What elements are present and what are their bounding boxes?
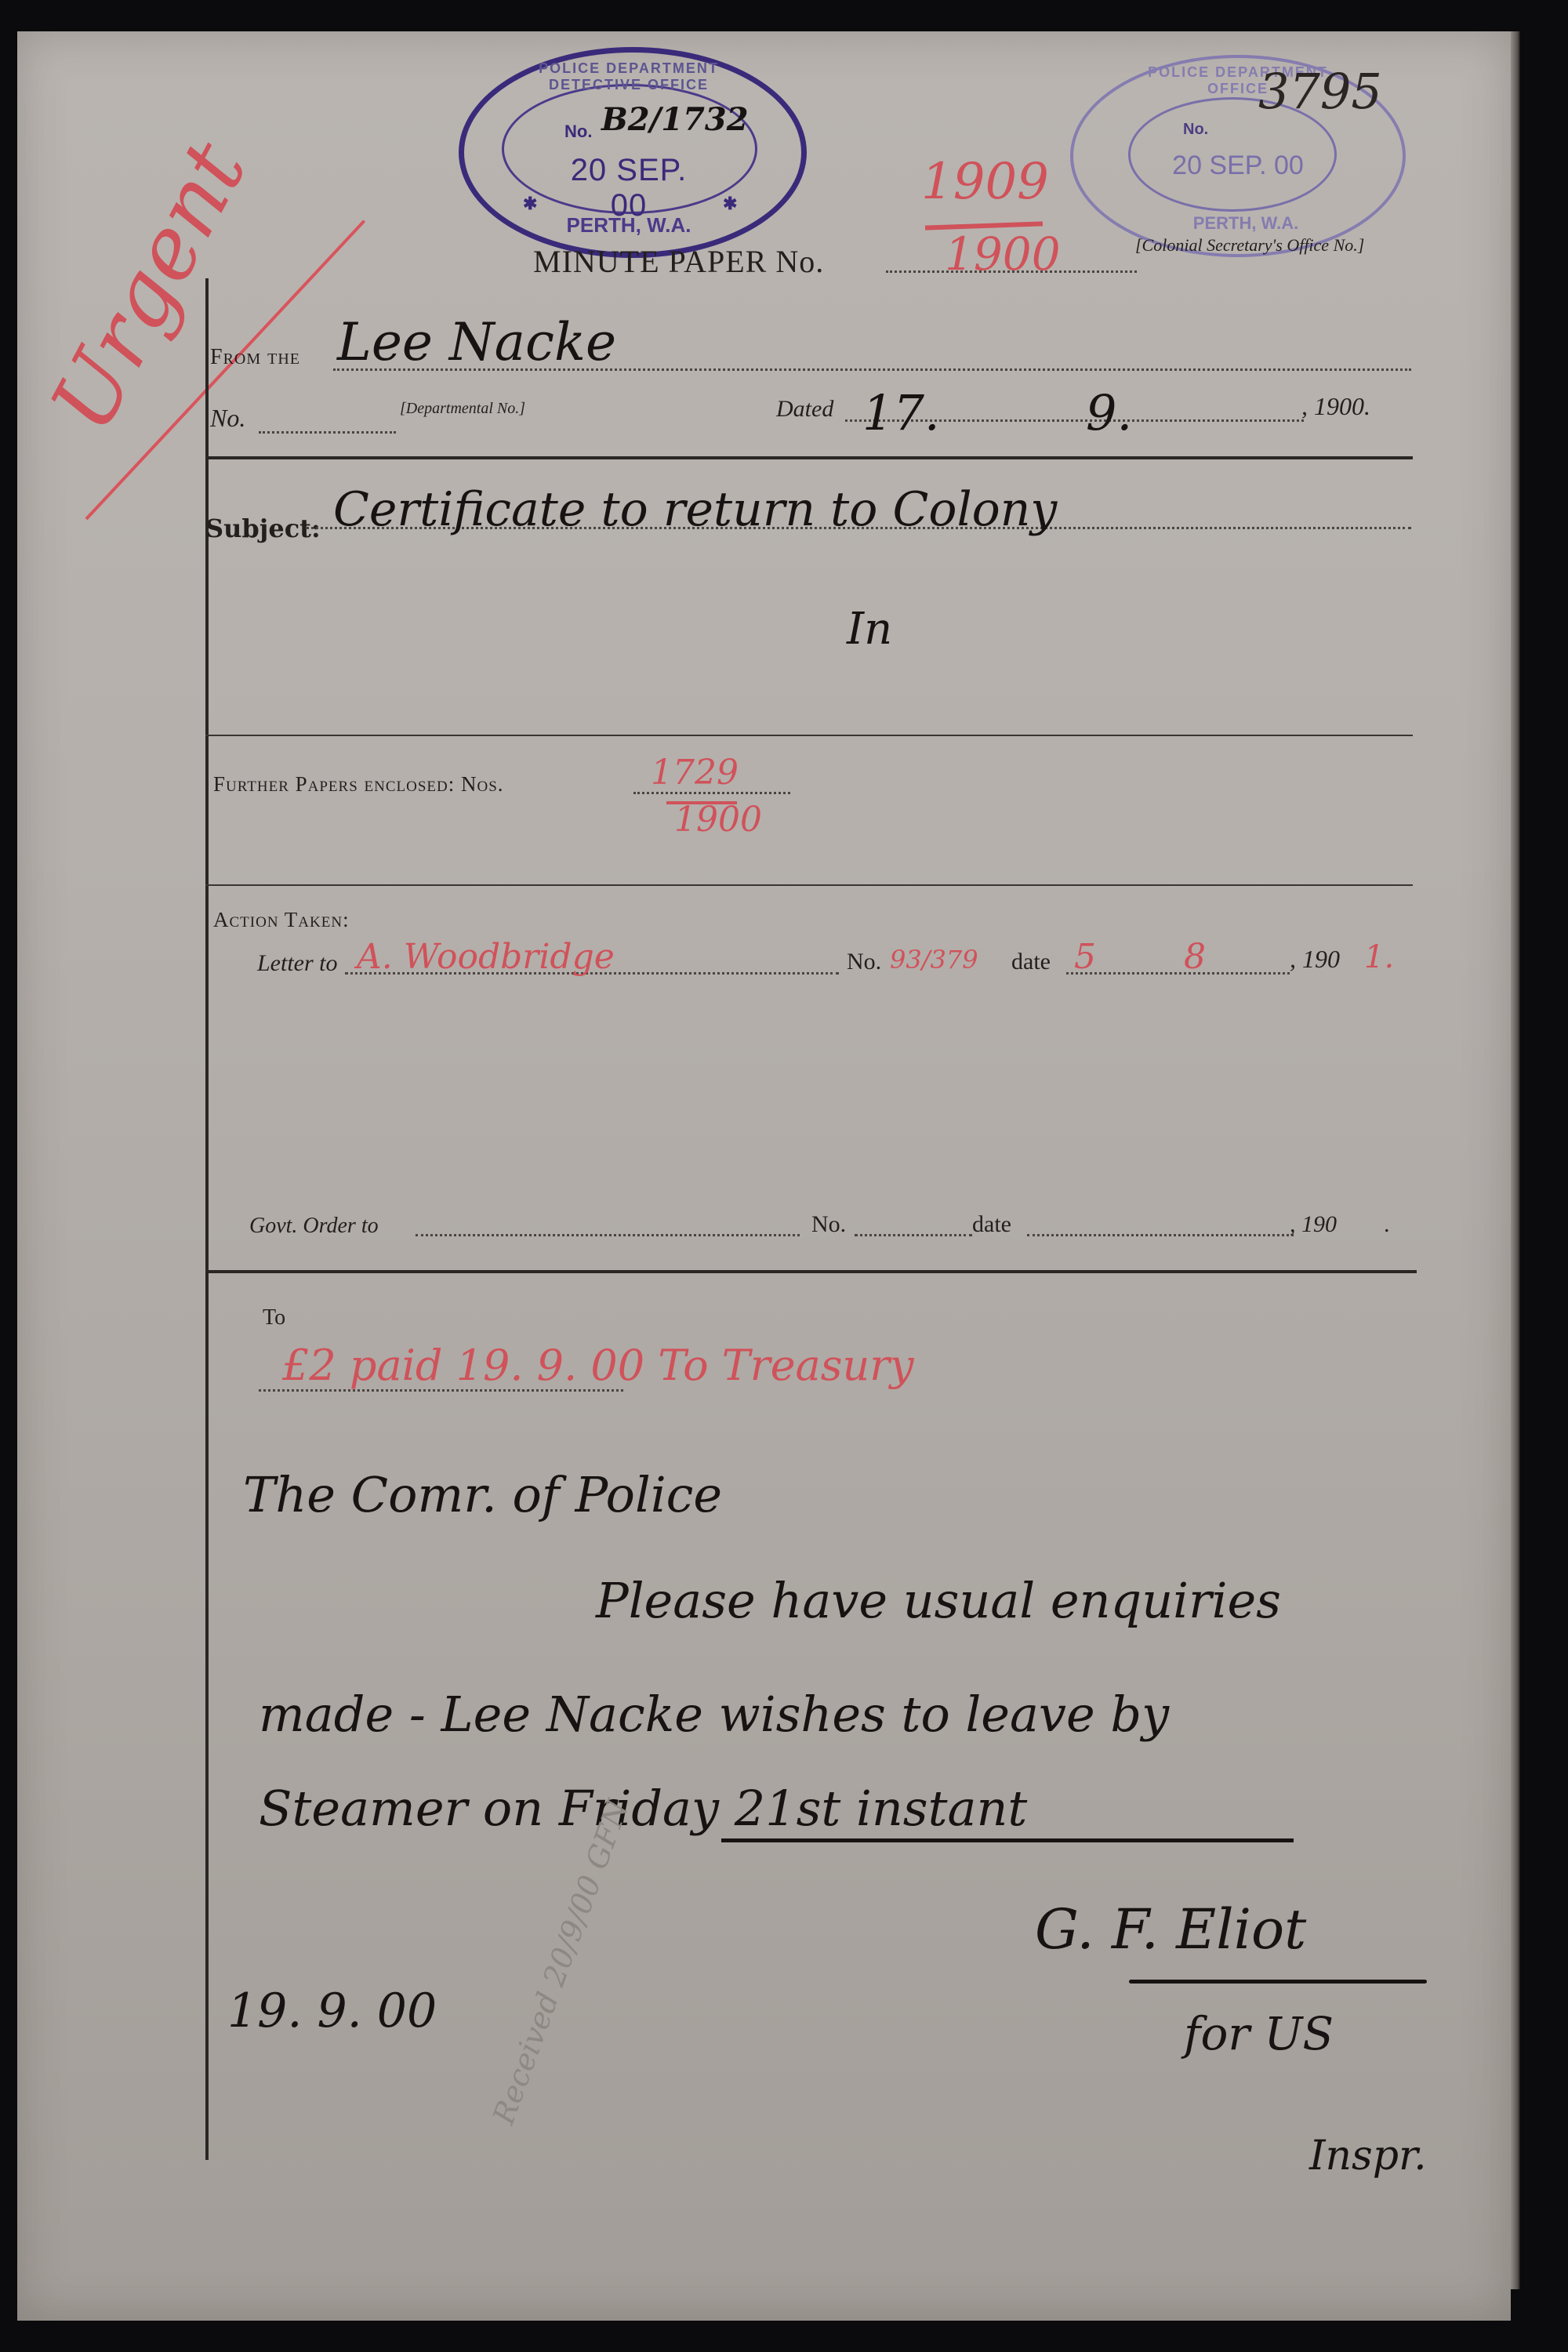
action-year-suffix: 1. [1364,939,1394,975]
star-icon: ✱ [523,194,537,214]
stamp-bottom-text: PERTH, W.A. [550,213,707,238]
further-papers-bottom: 1900 [674,800,762,840]
action-date-line [1066,972,1290,975]
dated-year: , 1900. [1301,392,1370,421]
star-icon: ✱ [723,194,737,214]
police-detective-office-stamp: POLICE DEPARTMENT DETECTIVE OFFICE No. B… [459,47,807,258]
signature-flourish [1129,1980,1427,1984]
departmental-no-hint: [Departmental No.] [400,400,525,418]
action-no-label: No. [847,949,881,975]
underline-mark [721,1838,1294,1842]
stamp-date: 20 SEP. 00 [1167,151,1308,181]
action-no-value: 93/379 [890,945,978,975]
further-papers-top: 1729 [651,753,739,793]
action-date-label: date [1011,949,1051,975]
govt-order-no-line [855,1234,972,1236]
action-date-month: 8 [1184,937,1206,977]
govt-order-line [416,1234,800,1236]
treasury-note: £2 paid 19. 9. 00 To Treasury [282,1341,914,1390]
minute-salutation: The Comr. of Police [243,1466,722,1523]
minute-paper-sheet [17,31,1511,2321]
departmental-no-line [259,431,396,434]
action-taken-label: Action Taken: [213,908,350,932]
minute-line-1: Please have usual enquiries [596,1572,1281,1629]
govt-order-no-label: No. [811,1211,846,1238]
inspector-closing: Inspr. [1309,2132,1427,2180]
action-year-prefix: , 190 [1290,945,1340,974]
further-papers-label: Further Papers enclosed: Nos. [213,772,504,797]
signature-suffix: for US [1184,2007,1334,2060]
letter-to-label: Letter to [257,950,338,977]
departmental-no-label: No. [210,404,245,433]
from-label: From the [210,345,300,370]
action-divider [205,1270,1417,1273]
govt-order-label: Govt. Order to [249,1214,379,1239]
govt-order-year-end: . [1384,1211,1390,1238]
colonial-secretary-label: [Colonial Secretary's Office No.] [1135,235,1364,256]
minute-paper-number-bottom: 1900 [945,227,1061,281]
stamp-no-label: No. [564,122,592,142]
stamp-bottom-text: PERTH, W.A. [1183,213,1308,234]
govt-order-date-line [1027,1234,1294,1236]
from-value: Lee Nacke [337,312,616,372]
minute-paper-title: MINUTE PAPER No. [533,243,824,280]
stamp-no-label: No. [1183,121,1208,139]
subject-sub-value: In [847,604,892,655]
stamp-handwritten-number: B2/1732 [601,101,749,138]
subject-divider [205,735,1413,736]
paper-stack-edge [1511,31,1520,2289]
dated-label: Dated [776,396,833,423]
stamp-ring-text: POLICE DEPARTMENT DETECTIVE OFFICE [511,60,746,93]
minute-line-2: made - Lee Nacke wishes to leave by [259,1686,1169,1743]
subject-label: Subject: [205,514,321,543]
colonial-secretary-number: 3795 [1258,63,1382,120]
signature: G. F. Eliot [1035,1897,1306,1962]
action-date-day: 5 [1074,937,1096,977]
header-divider [205,456,1413,459]
left-margin-rule [205,278,209,2160]
govt-order-date-label: date [972,1211,1011,1238]
subject-value: Certificate to return to Colony [333,482,1057,537]
letter-to-value: A. Woodbridge [357,937,615,977]
dated-day: 17. [862,384,940,441]
minute-line-3: Steamer on Friday 21st instant [259,1780,1027,1837]
to-label: To [263,1305,285,1330]
govt-order-year: , 190 [1290,1211,1337,1238]
minute-date: 19. 9. 00 [227,1984,437,2038]
dated-month: 9. [1086,384,1132,441]
further-papers-divider [205,884,1413,886]
minute-paper-number-top: 1909 [921,153,1049,211]
